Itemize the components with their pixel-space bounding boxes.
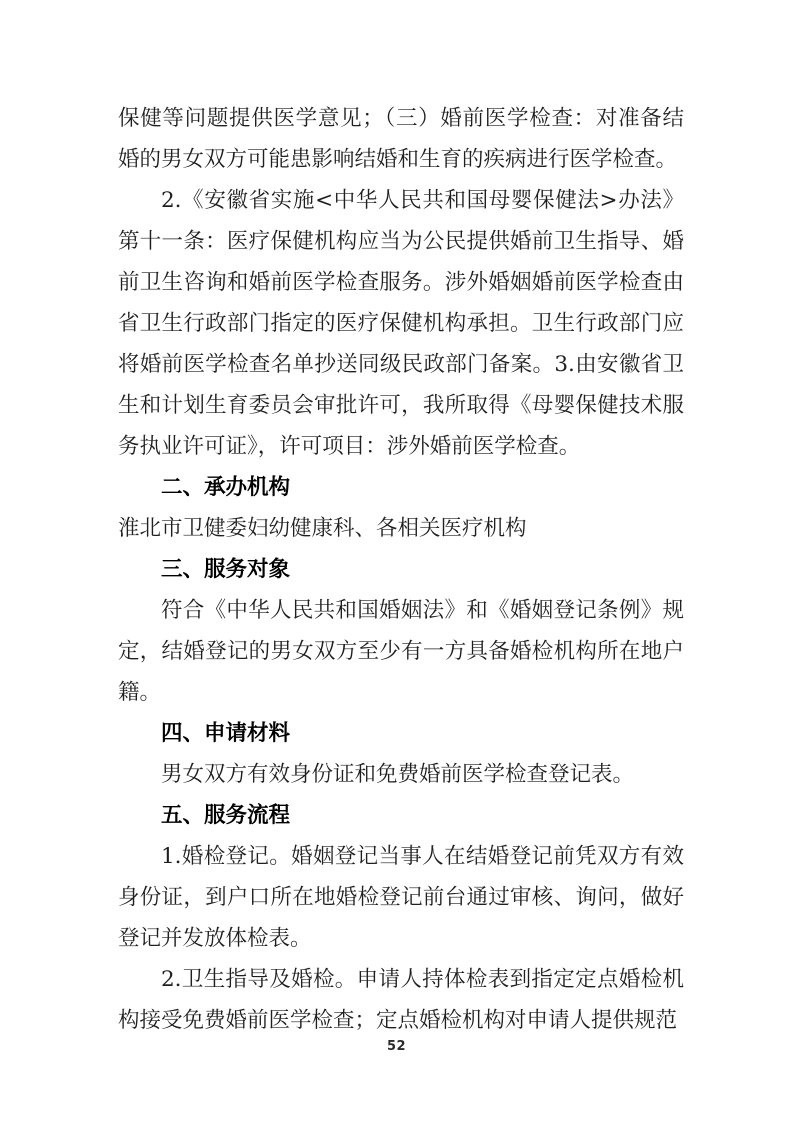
body-paragraph: 2.卫生指导及婚检。申请人持体检表到指定定点婚检机构接受免费婚前医学检查；定点婚… [118, 959, 684, 1041]
section-heading: 三、服务对象 [118, 549, 684, 590]
body-paragraph: 保健等问题提供医学意见；（三）婚前医学检查：对准备结婚的男女双方可能患影响结婚和… [118, 98, 684, 180]
document-body: 保健等问题提供医学意见；（三）婚前医学检查：对准备结婚的男女双方可能患影响结婚和… [118, 98, 684, 1041]
body-paragraph: 男女双方有效身份证和免费婚前医学检查登记表。 [118, 754, 684, 795]
section-heading: 二、承办机构 [118, 467, 684, 508]
page-footer: 52 [0, 1037, 793, 1055]
section-heading: 四、申请材料 [118, 713, 684, 754]
body-paragraph: 符合《中华人民共和国婚姻法》和《婚姻登记条例》规定，结婚登记的男女双方至少有一方… [118, 590, 684, 713]
section-heading: 五、服务流程 [118, 795, 684, 836]
body-paragraph: 淮北市卫健委妇幼健康科、各相关医疗机构 [118, 508, 684, 549]
body-paragraph: 2.《安徽省实施<中华人民共和国母婴保健法>办法》第十一条：医疗保健机构应当为公… [118, 180, 684, 467]
page-number: 52 [387, 1039, 406, 1054]
body-paragraph: 1.婚检登记。婚姻登记当事人在结婚登记前凭双方有效身份证，到户口所在地婚检登记前… [118, 836, 684, 959]
document-page: 保健等问题提供医学意见；（三）婚前医学检查：对准备结婚的男女双方可能患影响结婚和… [0, 0, 793, 1122]
